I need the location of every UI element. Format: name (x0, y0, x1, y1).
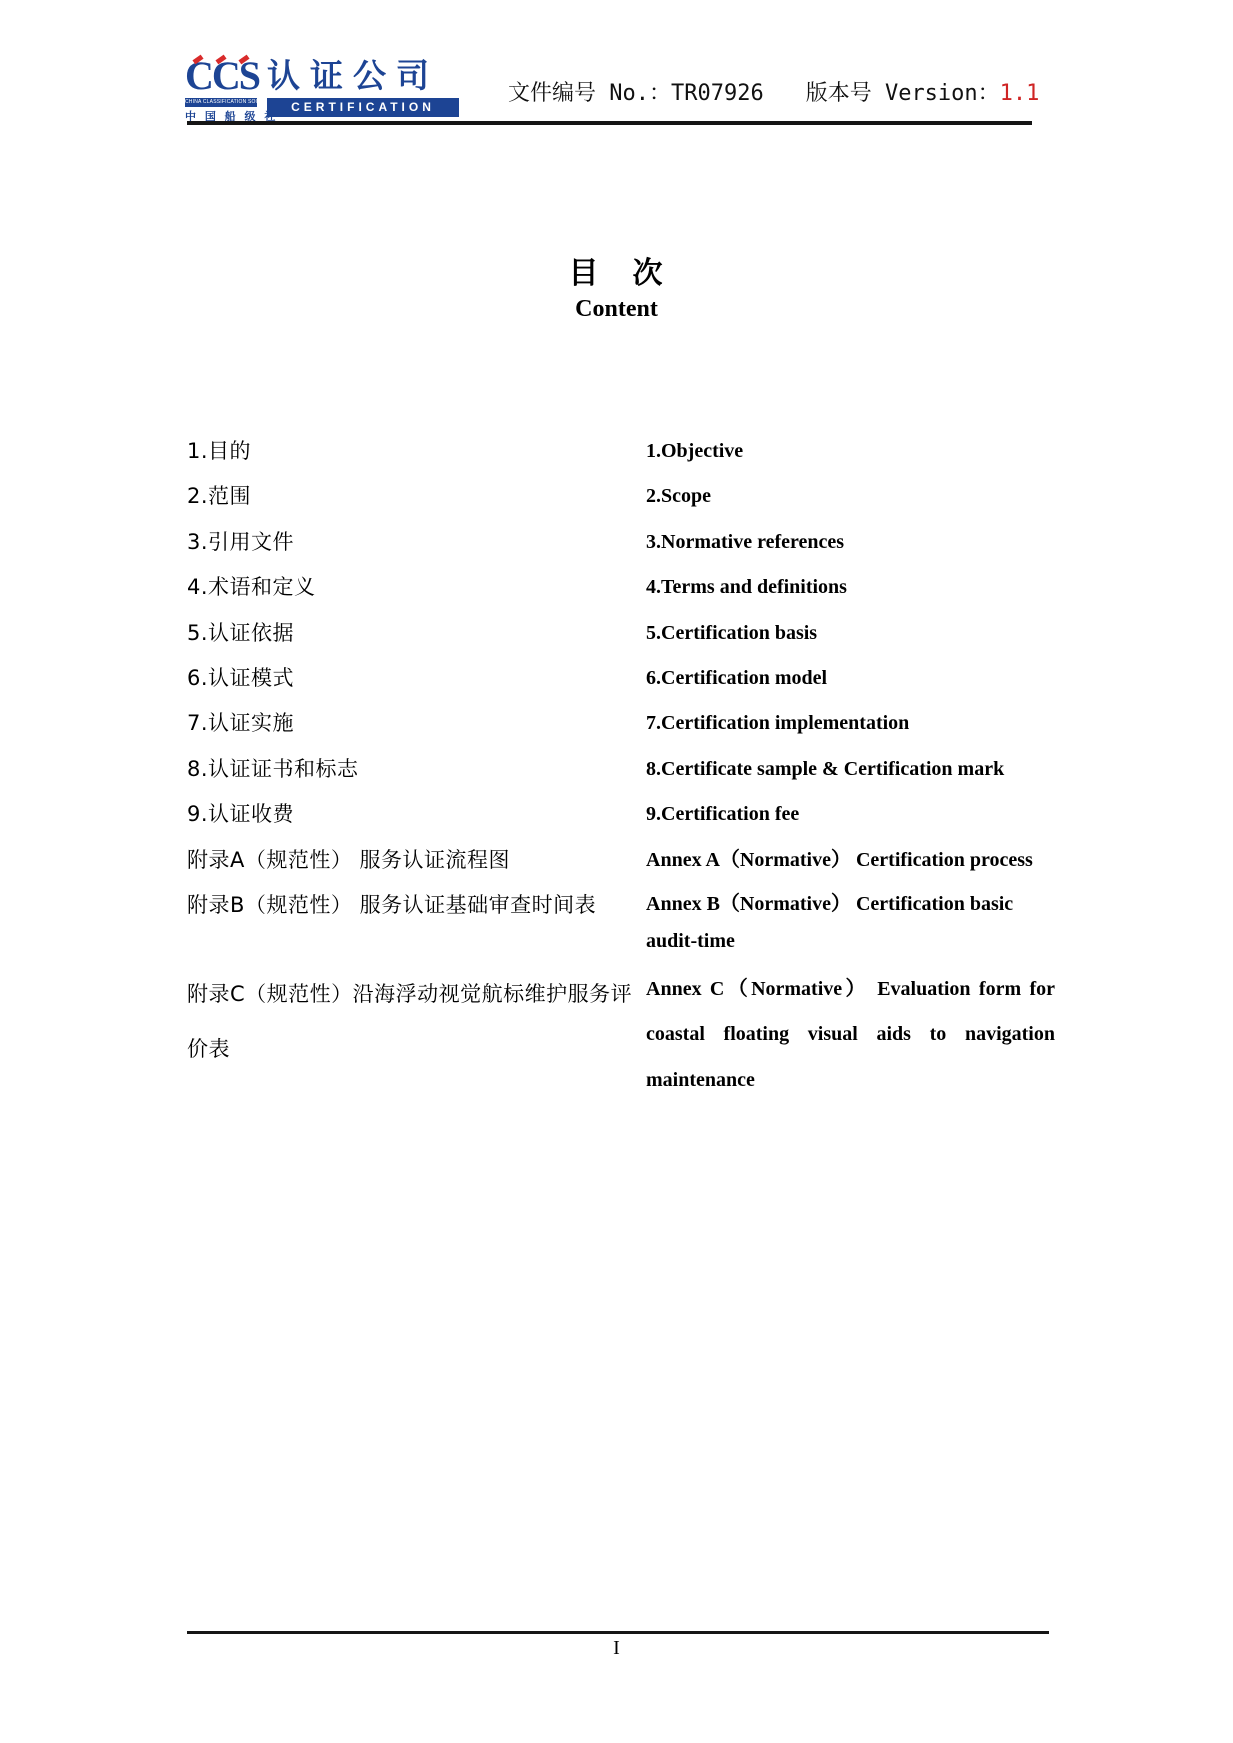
footer-divider (187, 1631, 1049, 1634)
ccs-logo-left: CCS CHINA CLASSIFICATION SOCIETY 中 国 船 级… (185, 56, 257, 124)
toc-item-en: 4.Terms and definitions (646, 565, 1055, 610)
toc-item-cn: 7.认证实施 (187, 701, 646, 746)
page-title-en: Content (0, 296, 1233, 323)
toc-item-en: 7.Certification implementation (646, 701, 1055, 746)
page-number: I (0, 1637, 1233, 1660)
toc-item-cn: 8.认证证书和标志 (187, 747, 646, 792)
version-label: 版本号 Version： (806, 81, 1000, 106)
toc-row-annex-c: 附录C（规范性）沿海浮动视觉航标维护服务评价表 Annex C（Normativ… (187, 967, 1055, 1104)
toc-item-cn: 4.术语和定义 (187, 565, 646, 610)
toc-row-certification-model: 6.认证模式 6.Certification model (187, 656, 1055, 701)
ccs-logo-right: 认证公司 CERTIFICATION (267, 56, 459, 117)
toc-item-cn: 3.引用文件 (187, 520, 646, 565)
toc-item-en: Annex C（Normative） Evaluation form for c… (646, 967, 1055, 1104)
toc-row-scope: 2.范围 2.Scope (187, 474, 1055, 519)
ccs-logo: CCS CHINA CLASSIFICATION SOCIETY 中 国 船 级… (185, 56, 459, 124)
toc-item-en: 1.Objective (646, 429, 1055, 474)
toc-item-cn: 5.认证依据 (187, 611, 646, 656)
certification-banner: CERTIFICATION (267, 98, 459, 117)
toc-item-en: 2.Scope (646, 474, 1055, 519)
company-name-cn: 认证公司 (267, 56, 459, 96)
table-of-contents: 1.目的 1.Objective 2.范围 2.Scope 3.引用文件 3.N… (187, 429, 1055, 1103)
doc-number-label: 文件编号 No.： (508, 81, 671, 106)
toc-row-annex-a: 附录A（规范性） 服务认证流程图 Annex A（Normative） Cert… (187, 838, 1055, 883)
toc-item-cn: 2.范围 (187, 474, 646, 519)
page-title-cn: 目 次 (0, 248, 1233, 292)
toc-item-cn: 9.认证收费 (187, 792, 646, 837)
toc-item-cn: 6.认证模式 (187, 656, 646, 701)
toc-item-en: 8.Certificate sample & Certification mar… (646, 747, 1055, 792)
toc-item-cn: 附录B（规范性） 服务认证基础审查时间表 (187, 883, 646, 928)
toc-item-en: Annex A（Normative） Certification process (646, 838, 1055, 883)
toc-item-en: Annex B（Normative） Certification basic a… (646, 883, 1055, 960)
toc-row-objective: 1.目的 1.Objective (187, 429, 1055, 474)
society-name-en: CHINA CLASSIFICATION SOCIETY (185, 98, 257, 107)
doc-number-value: TR07926 (671, 81, 764, 106)
toc-item-en: 5.Certification basis (646, 611, 1055, 656)
toc-row-certification-basis: 5.认证依据 5.Certification basis (187, 611, 1055, 656)
toc-row-annex-b: 附录B（规范性） 服务认证基础审查时间表 Annex B（Normative） … (187, 883, 1055, 961)
header-divider (187, 121, 1032, 125)
toc-row-normative-references: 3.引用文件 3.Normative references (187, 520, 1055, 565)
toc-row-certification-fee: 9.认证收费 9.Certification fee (187, 792, 1055, 837)
toc-item-en: 3.Normative references (646, 520, 1055, 565)
document-page: CCS CHINA CLASSIFICATION SOCIETY 中 国 船 级… (0, 0, 1233, 1743)
toc-item-en: 6.Certification model (646, 656, 1055, 701)
version-value: 1.1 (1000, 81, 1040, 106)
toc-item-cn: 附录C（规范性）沿海浮动视觉航标维护服务评价表 (187, 967, 646, 1077)
toc-item-en: 9.Certification fee (646, 792, 1055, 837)
document-meta: 文件编号 No.：TR07926版本号 Version：1.1 (508, 80, 1039, 108)
toc-row-certification-implementation: 7.认证实施 7.Certification implementation (187, 701, 1055, 746)
toc-row-certificate-sample-mark: 8.认证证书和标志 8.Certificate sample & Certifi… (187, 747, 1055, 792)
toc-item-cn: 1.目的 (187, 429, 646, 474)
toc-row-terms-definitions: 4.术语和定义 4.Terms and definitions (187, 565, 1055, 610)
toc-item-cn: 附录A（规范性） 服务认证流程图 (187, 838, 646, 883)
